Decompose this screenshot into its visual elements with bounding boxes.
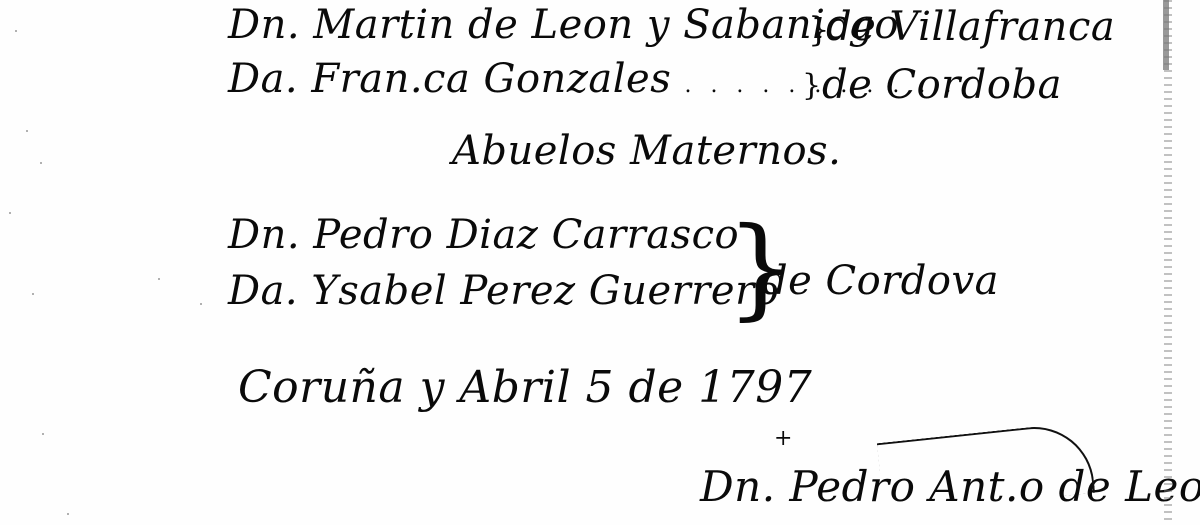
brace-icon: } (802, 68, 821, 103)
scan-speck (15, 30, 17, 32)
scan-speck (9, 212, 11, 214)
maternal-origin: de Cordova (762, 258, 999, 304)
scan-speck (158, 278, 160, 280)
title-dona: Da. (228, 268, 298, 314)
maternal-grandmother-line: Da. Ysabel Perez Guerrero (228, 268, 779, 314)
scan-speck (67, 513, 69, 515)
scan-speck (32, 293, 34, 295)
title-dona: Da. (228, 56, 298, 102)
scan-speck (200, 303, 202, 305)
paternal-grandfather-line: Dn. Martin de Leon y Sabanicgo (228, 2, 899, 48)
maternal-grandmother-name: Ysabel Perez Guerrero (311, 268, 779, 314)
paternal-grandfather-origin: de Villafranca (826, 4, 1115, 50)
paternal-grandmother-origin: de Cordoba (822, 62, 1062, 108)
cross-mark: + (774, 426, 792, 451)
maternal-grandfather-name: Pedro Diaz Carrasco (313, 212, 739, 258)
title-don: Dn. (228, 2, 300, 48)
maternal-grandfather-line: Dn. Pedro Diaz Carrasco (228, 212, 739, 258)
paternal-grandmother-name: Fran.ca Gonzales (311, 56, 671, 102)
section-heading: Abuelos Maternos. (452, 128, 841, 174)
manuscript-page: Dn. Martin de Leon y Sabanicgo } de Vill… (0, 0, 1200, 525)
title-don: Dn. (228, 212, 300, 258)
page-edge-binding (1164, 0, 1172, 525)
scan-speck (26, 130, 28, 132)
scan-speck (42, 433, 44, 435)
date-line: Coruña y Abril 5 de 1797 (238, 362, 812, 413)
scan-speck (40, 162, 42, 164)
